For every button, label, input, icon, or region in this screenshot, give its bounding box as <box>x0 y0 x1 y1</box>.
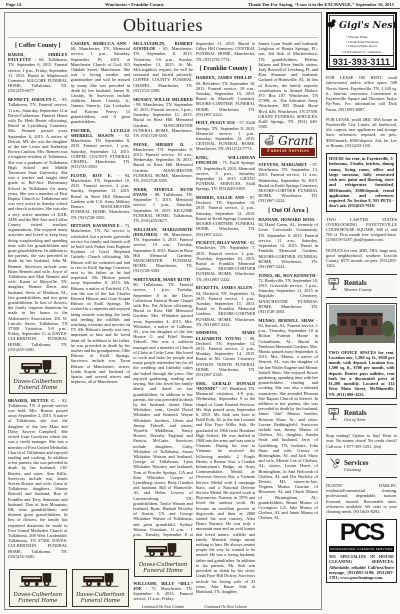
obituary-entry: FLOYD, ROY E. - 94, Manchester, TN. Sept… <box>71 173 131 220</box>
gigis-nest-bullets: • Vintage Finds • Chalk Paint Furniture … <box>346 35 393 49</box>
carriage-icon <box>19 572 57 587</box>
obituary-entry: BENNETT, JEROLYN C. - 85, Tullahoma, TN.… <box>8 97 68 352</box>
obituary-entry: JONES, SR., ROY KENNETH - 72, Bradyville… <box>258 273 318 315</box>
obituary-entry: CASSIDY, REBECCA ANN - 68, Manchester, T… <box>71 41 131 124</box>
obituary-text: - 84, Hazel Green, AL, formerly of Lexie… <box>258 217 318 269</box>
obituary-continuation-text: Jennie Lynn Smith and husband, Leighton … <box>258 41 318 129</box>
obituary-text: - 65, Manchester, TN. September 8, 2015.… <box>133 46 193 93</box>
cleaning-icon <box>328 457 341 470</box>
section-header: [ Out Of Area ] <box>258 207 318 214</box>
pcs-logo: PCS <box>329 522 394 545</box>
swan-icon <box>263 135 277 146</box>
masthead-right: Thank You For Saying, “I saw it in the E… <box>248 2 394 7</box>
obituary-text: - 67, Huntland, TN. Memorial visitation,… <box>196 386 256 594</box>
daves-culbertson-funeral-home-ad: Daves-CulbertsonFuneral Home <box>9 569 67 607</box>
sidebar-section-text: RentalsOut of Area <box>344 410 367 422</box>
pcs-ad-text: WE SPECIALIZE IN HOUSE CLEANING SERVICES… <box>329 554 394 580</box>
obituary-text: - 66, Tullahoma, TN. September 6, 2015. … <box>8 57 68 93</box>
obituary-text: - 87, Decherd, TN. September 10, 2015. F… <box>196 195 256 236</box>
sidebar-section-subtitle: Warren County <box>344 287 372 292</box>
sidebar-section-title: Services <box>344 460 369 467</box>
obituary-text: - 88, Manchester, TN. September 3, 2015.… <box>133 232 193 273</box>
obituary-text: - 88, Decherd, TN. September 12, 2015. F… <box>196 336 256 377</box>
obit-column-flow: [ Coffee County ]BAKER, SHIRLEY PAULETTE… <box>8 41 68 568</box>
sidebar-section-header: FORRENTRentalsWarren County <box>326 274 397 298</box>
sidebar-section-title: Rentals <box>344 280 372 287</box>
obit-column: Jennie Lynn Smith and husband, Leighton … <box>258 41 318 610</box>
obituary-text: - 92, Manchester, TN. September 8, 2015.… <box>71 133 131 169</box>
obituary-text: - 92, Sterrett, AL. Funeral service, 1 p… <box>258 318 318 521</box>
sidebar-section-header: FORRENTRentalsOut of Area <box>326 404 397 428</box>
pcs-tagline: PROFESSIONAL CLEANING SERVICES <box>329 546 394 552</box>
sidebar-section-text: ServicesCleaning <box>344 460 369 472</box>
obituary-text: - 94, Manchester, TN. September 10, 2015… <box>71 173 131 220</box>
section-header: { Franklin County } <box>196 65 256 72</box>
sidebar-section-text: RentalsWarren County <box>344 280 372 292</box>
daves-culbertson-funeral-home-ad: Daves-CulbertsonFuneral Home <box>9 356 67 394</box>
obit-column-bottom: Daves-CulbertsonFuneral Home <box>8 568 68 610</box>
obituary-entry: RICKETTS, JAMES ALLEN - 94, Decherd, TN.… <box>196 285 256 327</box>
classified-ad: Stop renting! Option to buy! Rent to own… <box>326 433 397 449</box>
sidebar-section-title: Rentals <box>344 410 367 417</box>
obituary-text: - 82, Tullahoma, TN. A private service w… <box>8 398 68 559</box>
obituary-entry: MORRIS, SALLIE ANN - 87, Decherd, TN. Se… <box>196 195 256 237</box>
for-rent-sign-icon: FORRENT <box>328 277 341 290</box>
sidebar-section-subtitle: Cleaning <box>344 467 369 472</box>
for-rent-sign-icon: FORRENT <box>328 277 341 295</box>
carriage-icon <box>19 359 57 374</box>
obituary-text: - 75, Manchester, TN. September 8, 2015.… <box>133 586 193 601</box>
obit-column: September 11, 2015. Burial in Gilley Hil… <box>196 41 256 610</box>
obituary-entry: HANNAH, HOWARD ROSS - 84, Hazel Green, A… <box>258 217 318 269</box>
classifieds-sidebar: Gigi's Nest • Vintage Finds • Chalk Pain… <box>326 12 397 614</box>
newspaper-page: Page 14 Winchester • Franklin County Tha… <box>0 0 400 614</box>
page-content: Obituaries [ Coffee County ]BAKER, SHIRL… <box>0 9 400 614</box>
obituary-entry: WEBB, MYRTLE RUTH EVANS - 88, Tullahoma,… <box>133 187 193 223</box>
obituary-text: - Manchester, TN. September 9, 2015. Fun… <box>133 142 193 183</box>
cleaning-icon <box>328 457 341 475</box>
obituary-entry: SIMMONS, MARY ELIZABETH YOUNG - 88, Dech… <box>196 330 256 377</box>
obituary-text: - 82, Winchester, TN. September 7, 2015.… <box>196 240 256 281</box>
page-title: Obituaries <box>8 15 318 38</box>
masthead: Page 14 Winchester • Franklin County Tha… <box>0 0 400 9</box>
classified-ad: FOR LEASE OR RENT, retail (showroom) and… <box>326 75 397 112</box>
obit-column-flow: CASSIDY, REBECCA ANN - 68, Manchester, T… <box>71 41 131 568</box>
bird-icon <box>326 16 337 34</box>
obituary-entry: PICKETT, BILLY WAYNE - 82, Winchester, T… <box>196 240 256 282</box>
for-rent-sign-icon: FORRENT <box>328 407 341 425</box>
classified-ad: HOUSE for rent, in Fayetteville, 3-bedro… <box>326 153 397 211</box>
gigis-bullet: • Unique Home Decor <box>346 44 393 49</box>
obit-column-flow: September 11, 2015. Burial in Gilley Hil… <box>196 41 256 605</box>
office-building-photo <box>329 305 395 343</box>
obit-column: [ Coffee County ]BAKER, SHIRLEY PAULETTE… <box>8 41 68 610</box>
gigis-nest-address: 116 NW Atlantic St. • Tullahoma <box>330 50 393 54</box>
obituary-text: - 60, Belvidere, TN. September 10, 2015.… <box>196 75 256 116</box>
carriage-icon <box>81 572 119 587</box>
funeral-home-ad-name-line2: Funeral Home <box>11 385 65 391</box>
obituary-entry: SISK, GERALD DONALD “DONNIE” - 67, Huntl… <box>196 381 256 594</box>
funeral-home-ad-name-line2: Funeral Home <box>136 568 190 574</box>
obituary-columns: [ Coffee County ]BAKER, SHIRLEY PAULETTE… <box>8 41 318 610</box>
funeral-home-ad-name-line1: Daves-Culbertson <box>136 562 190 568</box>
classified-ad: FOR LEASE, small 2BD, 1BA house in Fayet… <box>326 117 397 148</box>
obituary-text: - 88, Tullahoma, TN. September 7, 2015. … <box>133 192 193 223</box>
obituary-entry: KING, WILLODEAN FINCHUM - 75, Estill Spr… <box>196 155 256 191</box>
obituary-entry: PAYNE, SHERRY D. - Manchester, TN. Septe… <box>133 142 193 184</box>
gigis-nest-ad: Gigi's Nest • Vintage Finds • Chalk Pain… <box>326 12 397 70</box>
gigis-nest-title: Gigi's Nest <box>339 20 397 31</box>
obit-column-bottom: Continued On Next Column <box>196 605 256 610</box>
obituary-text: - 90, Tullahoma, TN. Funeral service, 1 … <box>133 277 193 538</box>
obit-column-bottom: Daves-CulbertsonFuneral Home <box>71 568 131 610</box>
svg-text:FOR: FOR <box>332 280 337 282</box>
grant-ad-header: Grant <box>261 135 315 147</box>
obituary-entry: WELLMAN, MARGUERITE (DOLORES) - 88, Manc… <box>133 227 193 274</box>
obituary-entry: HARDEN, JAMES PHILLIP - 60, Belvidere, T… <box>196 75 256 117</box>
obituary-text: - 94, Decherd, TN. September 12, 2015. F… <box>196 285 256 326</box>
obituary-entry: FISCHER, LUCILLE SHERRILL MASON - 92, Ma… <box>71 128 131 170</box>
obituary-text: - 85, Tullahoma, TN. Funeral service, 11… <box>8 97 68 352</box>
classified-ad: TWO LAWYER SUITES OVERLOOKING FAYETTEVIL… <box>326 217 397 243</box>
obituary-entry: MUNSO, BERNELL SHAW - 92, Sterrett, AL. … <box>258 318 318 521</box>
obituary-entry: BRASIER, BETTYE C. - 82, Tullahoma, TN. … <box>8 398 68 559</box>
obit-column: CASSIDY, REBECCA ANN - 68, Manchester, T… <box>71 41 131 610</box>
obituary-entry: WHITTAKER, MARY RUTH - 90, Tullahoma, TN… <box>133 277 193 538</box>
continued-note: Continued On Next Column <box>133 605 193 609</box>
obituary-text: - 98, Manchester, TN. September 10, 2015… <box>133 102 193 138</box>
obit-column-flow: MCLAUGHLIN, ROBERT GOODLOE - 65, Manches… <box>133 41 193 538</box>
obituaries-box: Obituaries [ Coffee County ]BAKER, SHIRL… <box>4 12 322 610</box>
obituary-entry: BAKER, SHIRLEY PAULETTE - 66, Tullahoma,… <box>8 52 68 94</box>
obituary-text: - 97, Winchester, TN. September 13, 2015… <box>258 162 318 203</box>
obituary-text: - 75, Estill Springs, TN. September 8, 2… <box>196 160 256 191</box>
sidebar-section-header: ServicesCleaning <box>326 454 397 478</box>
gigis-nest-phone: 931-393-3111 <box>330 55 393 68</box>
funeral-home-ad-name-line2: Funeral Home <box>74 598 128 604</box>
masthead-center: Winchester • Franklin County <box>105 2 164 7</box>
obituary-entry: MUNSEY, WILLIE MILDRED - 98, Manchester,… <box>133 97 193 139</box>
daves-culbertson-funeral-home-ad: Daves-CulbertsonFuneral Home <box>134 539 192 577</box>
grant-ad-name: Grant <box>278 135 313 147</box>
obituary-text: - 68, Manchester, TN. Memorial service, … <box>71 41 131 124</box>
obituary-text: - 57, Estill Springs, TN. September 8, 2… <box>196 120 256 151</box>
sidebar-section-subtitle: Out of Area <box>344 417 367 422</box>
obit-column-flow: Jennie Lynn Smith and husband, Leighton … <box>258 41 318 610</box>
grant-funeral-services-ad: GrantFuneral Services <box>259 133 317 158</box>
grant-ad-banner: Funeral Services <box>261 148 315 156</box>
funeral-home-ad-name-line1: Daves-Culbertson <box>11 379 65 385</box>
obit-column: MCLAUGHLIN, ROBERT GOODLOE - 65, Manches… <box>133 41 193 610</box>
page-number: Page 14 <box>6 2 21 7</box>
svg-text:FOR: FOR <box>332 410 337 412</box>
classified-ad: DUPLEX for rent, 3BD, 1BA, large unit, g… <box>326 248 397 269</box>
obituary-continuation-text: September 11, 2015. Burial in Gilley Hil… <box>196 41 256 62</box>
continued-note: Continued On Next Column <box>196 605 256 609</box>
obituary-text: - 73, Manchester, TN. No service is sche… <box>71 223 131 384</box>
pcs-cleaning-ad: PCSPROFESSIONAL CLEANING SERVICESWE SPEC… <box>326 519 397 583</box>
obituary-text: - 72, Bradyville, TN. September 10, 2015… <box>258 273 318 314</box>
obituary-entry: WILLIAMS, BILLY “BILL” JOE - 75, Manches… <box>133 581 193 602</box>
for-rent-sign-icon: FORRENT <box>328 407 341 420</box>
section-header: [ Coffee County ] <box>8 42 68 49</box>
daves-culbertson-funeral-home-ad: Daves-CulbertsonFuneral Home <box>72 569 130 607</box>
funeral-home-ad-name-line2: Funeral Home <box>11 598 65 604</box>
obituary-entry: HOLT, PEGGY SUE - 57, Estill Springs, TN… <box>196 120 256 151</box>
obituary-entry: HITTSON, RAYMOND E. - 73, Manchester, TN… <box>71 223 131 384</box>
classified-ad: DUSTIN' DARLIN', residential/commercial … <box>326 483 397 514</box>
carriage-icon <box>144 542 182 557</box>
photo-ad-text: TWO OFFICE SPACES for rent. Location one… <box>329 350 395 397</box>
office-space-photo-ad: TWO OFFICE SPACES for rent. Location one… <box>326 303 397 400</box>
obituary-entry: STEVENS, MARGARET - 97, Winchester, TN. … <box>258 162 318 204</box>
obituary-entry: MCLAUGHLIN, ROBERT GOODLOE - 65, Manches… <box>133 41 193 93</box>
obit-column-bottom: Daves-CulbertsonFuneral HomeWILLIAMS, BI… <box>133 538 193 610</box>
